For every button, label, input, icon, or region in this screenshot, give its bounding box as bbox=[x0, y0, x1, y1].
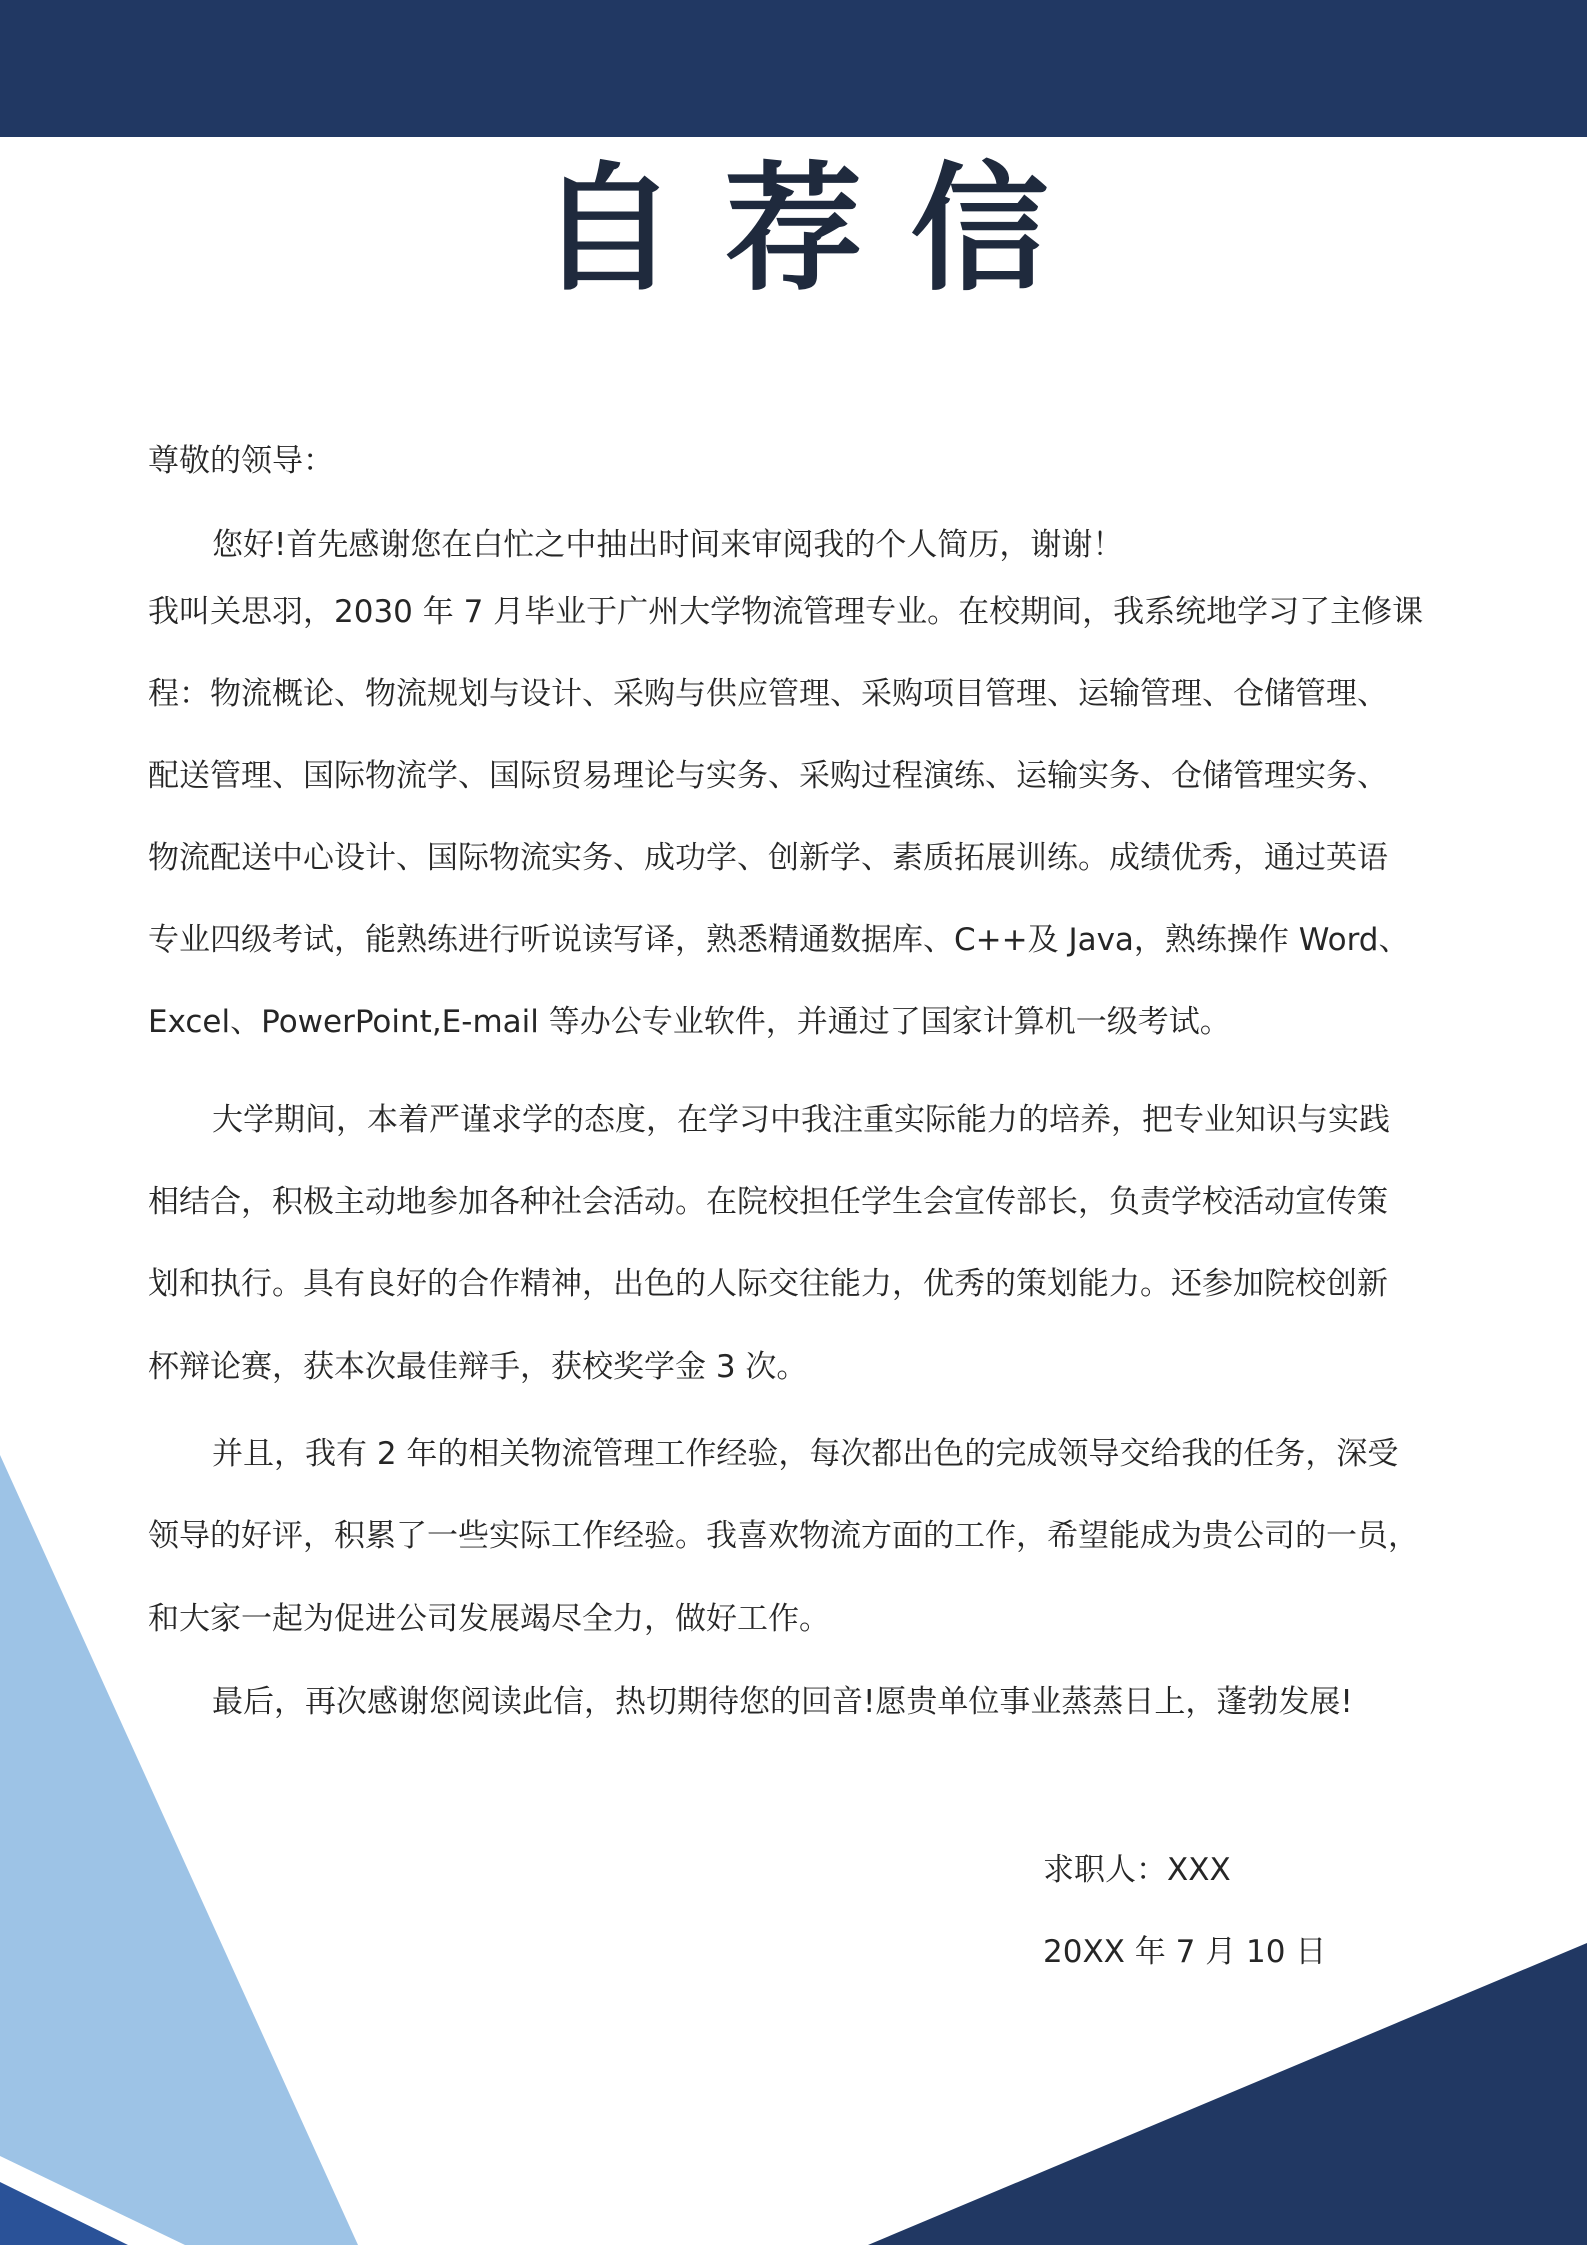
medium-blue-corner bbox=[0, 2182, 128, 2245]
paragraph-3-line: 杯辩论赛，获本次最佳辩手，获校奖学金 3 次。 bbox=[148, 1347, 807, 1387]
signature: 求职人：XXX bbox=[1043, 1850, 1231, 1890]
date: 20XX 年 7 月 10 日 bbox=[1043, 1932, 1326, 1972]
paragraph-4-line: 领导的好评，积累了一些实际工作经验。我喜欢物流方面的工作，希望能成为贵公司的一员… bbox=[148, 1516, 1419, 1556]
paragraph-3-line: 相结合，积极主动地参加各种社会活动。在院校担任学生会宣传部长，负责学校活动宣传策 bbox=[148, 1182, 1388, 1222]
paragraph-4-line: 并且，我有 2 年的相关物流管理工作经验，每次都出色的完成领导交给我的任务，深受 bbox=[212, 1434, 1398, 1474]
page-title: 自荐信 bbox=[0, 150, 1587, 310]
paragraph-5-line: 最后，再次感谢您阅读此信，热切期待您的回音!愿贵单位事业蒸蒸日上，蓬勃发展! bbox=[212, 1682, 1353, 1722]
paragraph-2-line: 配送管理、国际物流学、国际贸易理论与实务、采购过程演练、运输实务、仓储管理实务、 bbox=[148, 756, 1388, 796]
paragraph-1-line: 您好!首先感谢您在白忙之中抽出时间来审阅我的个人简历，谢谢！ bbox=[212, 525, 1123, 565]
paragraph-2-line: 程：物流概论、物流规划与设计、采购与供应管理、采购项目管理、运输管理、仓储管理、 bbox=[148, 674, 1388, 714]
paragraph-4-line: 和大家一起为促进公司发展竭尽全力，做好工作。 bbox=[148, 1599, 830, 1639]
light-blue-shape bbox=[0, 1455, 358, 2245]
paragraph-2-line: 物流配送中心设计、国际物流实务、成功学、创新学、素质拓展训练。成绩优秀，通过英语 bbox=[148, 838, 1388, 878]
paragraph-2-line: 我叫关思羽，2030 年 7 月毕业于广州大学物流管理专业。在校期间，我系统地学… bbox=[148, 592, 1423, 632]
paragraph-2-line: 专业四级考试，能熟练进行听说读写译，熟悉精通数据库、C++及 Java，熟练操作… bbox=[148, 920, 1409, 960]
paragraph-3-line: 大学期间，本着严谨求学的态度，在学习中我注重实际能力的培养，把专业知识与实践 bbox=[212, 1100, 1390, 1140]
paragraph-2-line: Excel、PowerPoint,E-mail 等办公专业软件，并通过了国家计算… bbox=[148, 1002, 1231, 1042]
salutation: 尊敬的领导： bbox=[148, 441, 334, 481]
navy-triangle bbox=[868, 1943, 1587, 2245]
header-band bbox=[0, 0, 1587, 137]
paragraph-3-line: 划和执行。具有良好的合作精神，出色的人际交往能力，优秀的策划能力。还参加院校创新 bbox=[148, 1264, 1388, 1304]
